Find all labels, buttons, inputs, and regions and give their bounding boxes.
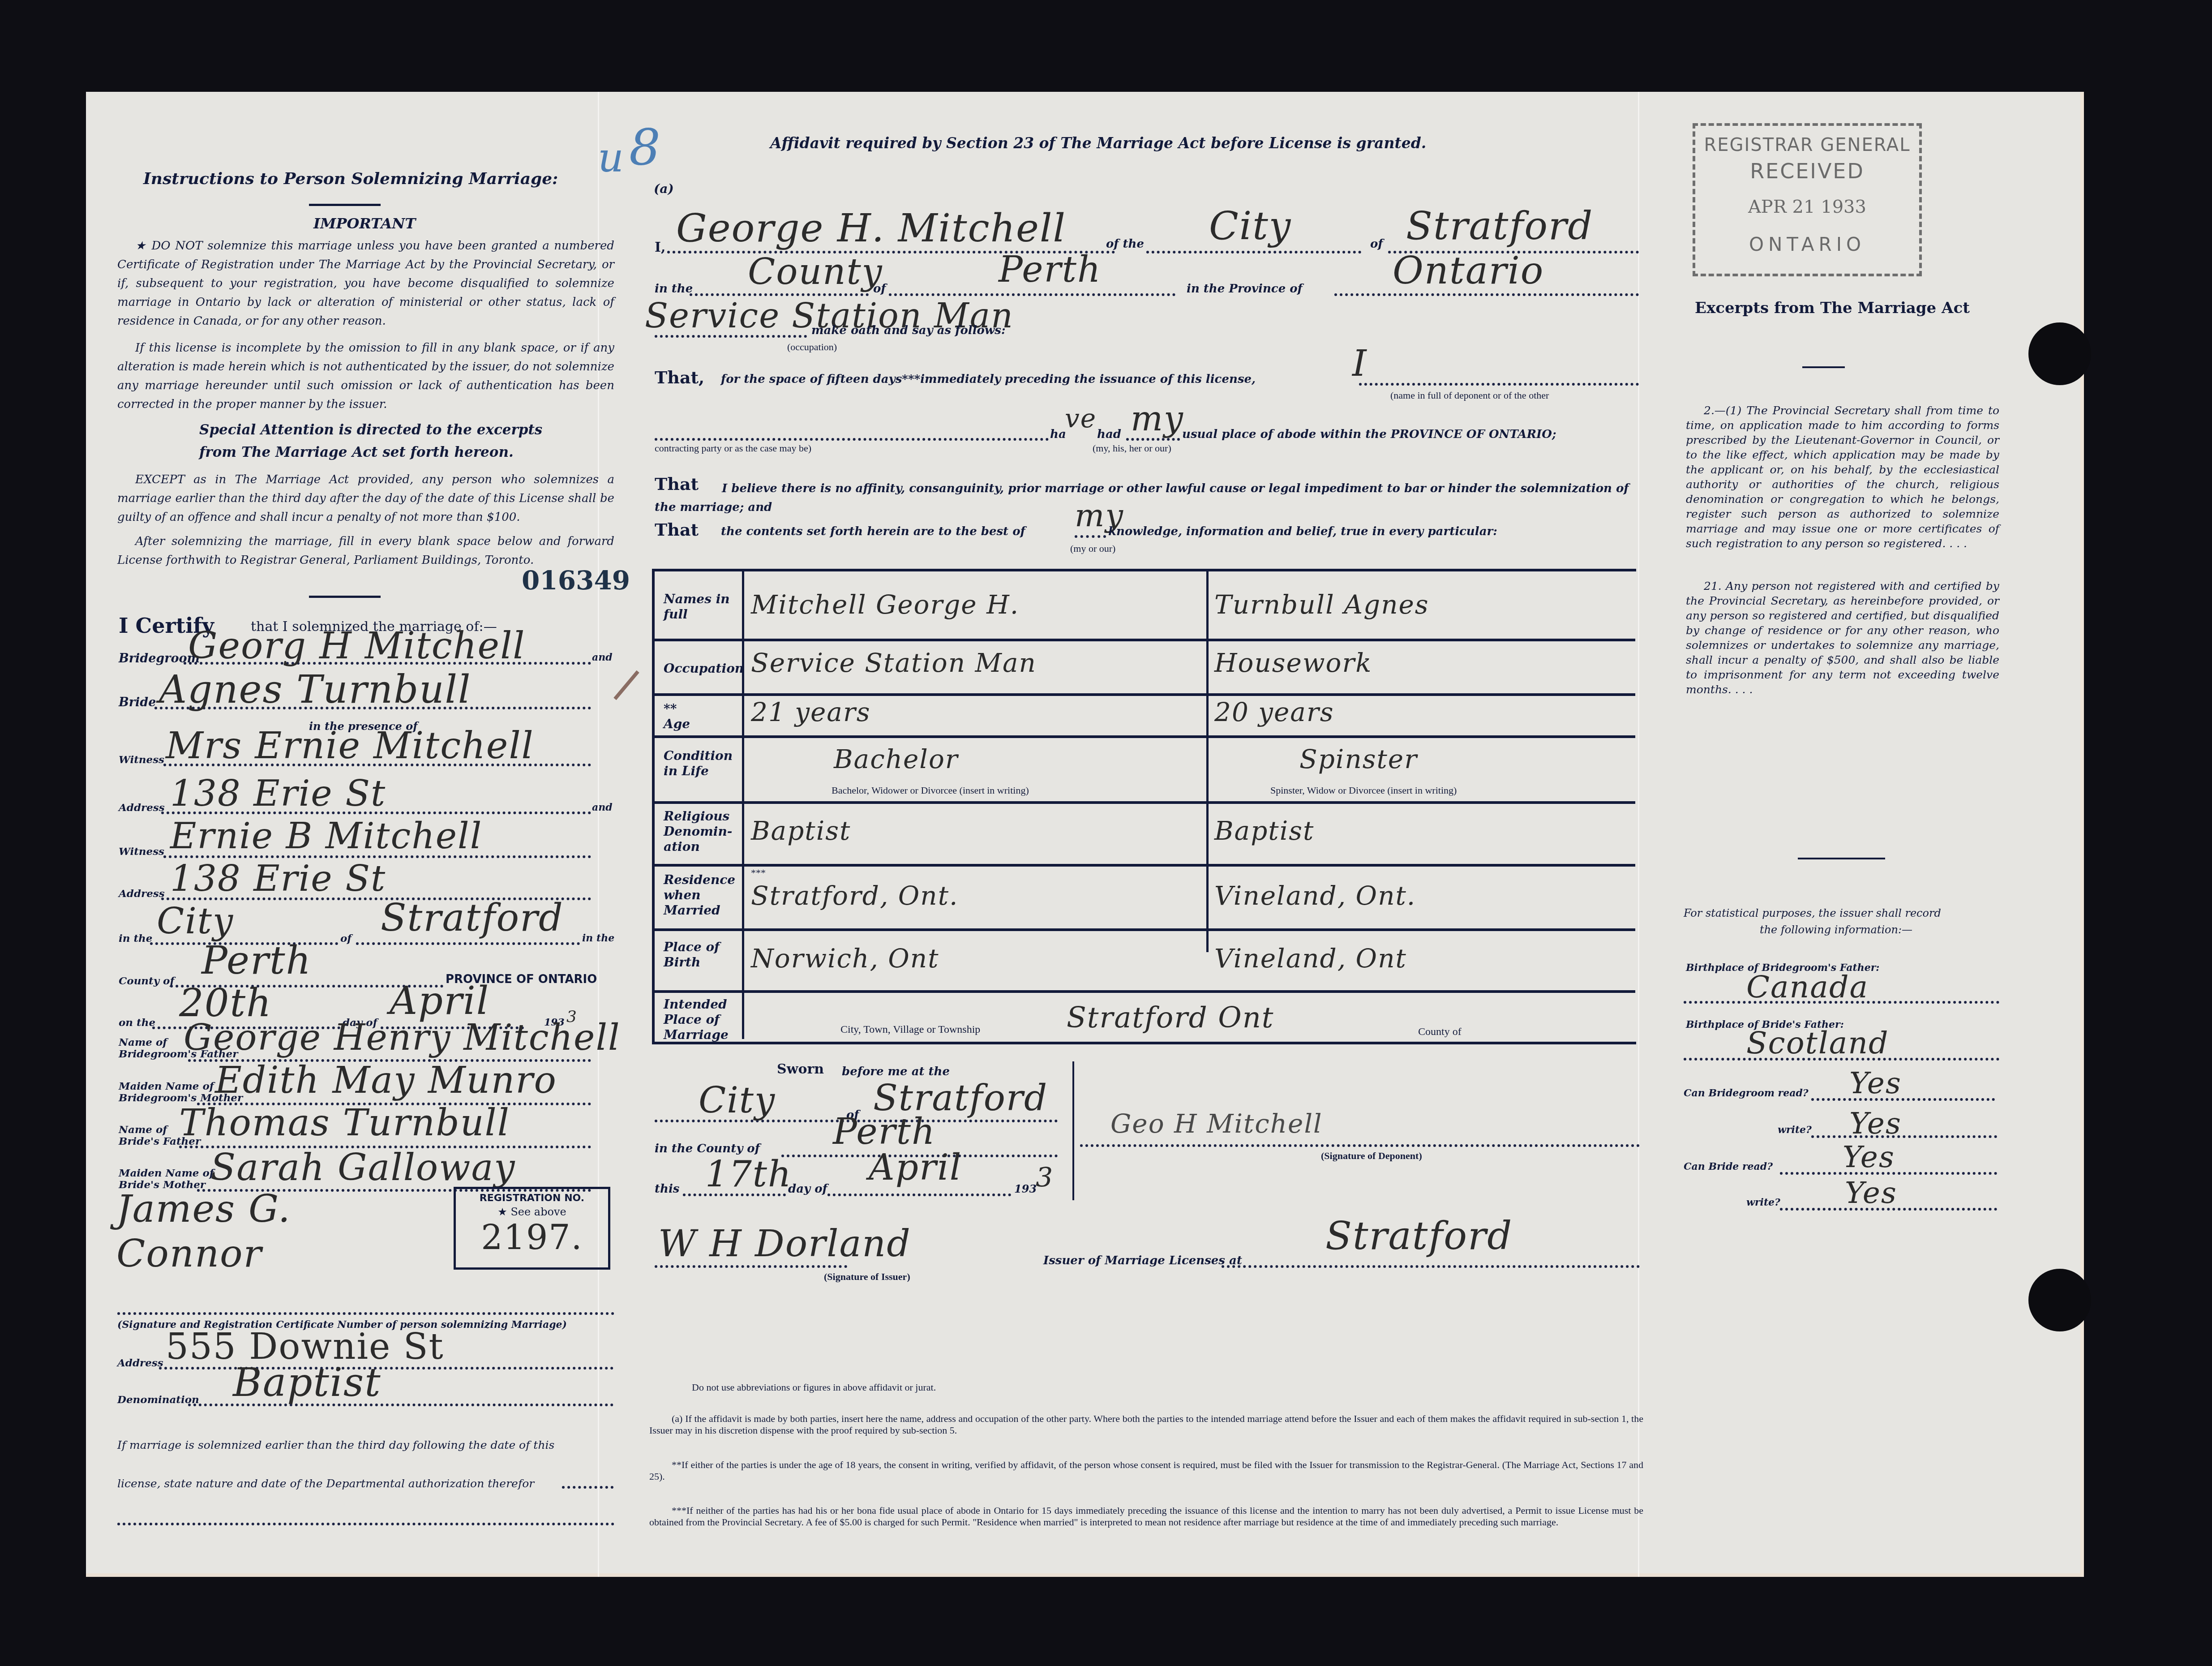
county-of-caption: County of <box>1418 1026 1462 1038</box>
registrar-received-stamp: REGISTRAR GENERAL RECEIVED APR 21 1933 O… <box>1693 123 1922 276</box>
row-separator <box>655 928 1635 931</box>
early-solemnization-note-1: If marriage is solemnized earlier than t… <box>117 1438 614 1451</box>
contents-text-after: knowledge, information and belief, true … <box>1108 525 1497 538</box>
punch-hole-bottom <box>2028 1269 2091 1331</box>
row-separator <box>655 735 1635 738</box>
dotted-line <box>1075 535 1106 538</box>
contents-text-before: the contents set forth herein are to the… <box>721 525 1025 538</box>
affidavit-title: Affidavit required by Section 23 of The … <box>770 134 1426 152</box>
bride-birthplace-cell[interactable]: Vineland, Ont <box>1214 943 1407 974</box>
ha-label: ha <box>1050 428 1066 441</box>
that-word-1: That, <box>655 367 704 387</box>
dotted-line <box>1811 1135 1997 1138</box>
issuer-signature: W H Dorland <box>658 1223 911 1265</box>
impediment-text: I believe there is no affinity, consangu… <box>655 479 1640 517</box>
special-attention-1: Special Attention is directed to the exc… <box>199 422 542 438</box>
sworn-text: before me at the <box>842 1065 950 1078</box>
county-field[interactable]: Perth <box>201 938 312 983</box>
dotted-line <box>117 1312 614 1315</box>
of-label: of <box>873 282 886 296</box>
dotted-line <box>356 942 580 945</box>
bride-religion-cell[interactable]: Baptist <box>1214 816 1314 846</box>
bride-occupation-cell[interactable]: Housework <box>1214 648 1372 678</box>
dotted-line <box>1146 251 1361 253</box>
bride-field[interactable]: Agnes Turnbull <box>159 667 472 712</box>
in-the-label: in the <box>119 932 152 945</box>
a-marker: (a) <box>654 181 674 196</box>
that-word-3: That <box>655 520 699 540</box>
groom-condition-cell[interactable]: Bachelor <box>834 744 959 774</box>
jurat-place-type-field[interactable]: City <box>699 1079 776 1121</box>
witness-2-label: Witness <box>119 846 164 858</box>
and-label-2: and <box>592 802 613 813</box>
stamp-line-1: REGISTRAR GENERAL <box>1695 135 1919 155</box>
registration-number-box: REGISTRATION NO. ★ See above 2197. <box>454 1187 610 1270</box>
name-caption-left: contracting party or as the case may be) <box>655 442 811 454</box>
excerpts-title: Excerpts from The Marriage Act <box>1695 299 1970 317</box>
groom-name-cell[interactable]: Mitchell George H. <box>751 589 1019 620</box>
issuer-signature-caption: (Signature of Issuer) <box>824 1271 910 1283</box>
special-attention-2: from The Marriage Act set forth hereon. <box>199 444 514 460</box>
deponent-name-field[interactable]: George H. Mitchell <box>676 206 1066 251</box>
jurat-this-label: this <box>655 1182 679 1196</box>
bride-write-field[interactable]: Yes <box>1845 1176 1897 1210</box>
registration-number-field[interactable]: 2197. <box>456 1217 608 1257</box>
city-town-caption: City, Town, Village or Township <box>840 1024 980 1035</box>
dotted-line <box>1222 1265 1640 1268</box>
serial-number: 016349 <box>522 565 630 596</box>
blue-pencil-mark-2: 8 <box>629 119 661 176</box>
deponent-signature: Geo H Mitchell <box>1110 1108 1323 1139</box>
denomination-label: Denomination <box>117 1394 199 1406</box>
important-heading: IMPORTANT <box>313 215 416 232</box>
dotted-line <box>562 1486 613 1489</box>
dotted-line <box>827 1194 1011 1196</box>
witness-1-label: Witness <box>119 754 164 766</box>
officiant-signature-line-2: Connor <box>116 1232 262 1275</box>
registration-box-title: REGISTRATION NO. <box>456 1193 608 1204</box>
table-divider <box>1206 571 1209 952</box>
table-label-names: Names in full <box>664 592 735 622</box>
bride-read-label: Can Bride read? <box>1684 1161 1773 1172</box>
groom-mother-field[interactable]: Edith May Munro <box>215 1059 557 1102</box>
intended-place-cell[interactable]: Stratford Ont <box>1067 1001 1274 1035</box>
divider <box>1802 366 1845 368</box>
issuer-text: Issuer of Marriage Licenses at <box>1043 1254 1242 1267</box>
bride-father-field[interactable]: Thomas Turnbull <box>179 1102 510 1144</box>
issuer-place-field[interactable]: Stratford <box>1325 1214 1513 1258</box>
stamp-line-4: ONTARIO <box>1695 233 1919 255</box>
table-label-intended-place: Intended Place of Marriage <box>664 997 731 1043</box>
instructions-para-2: If this license is incomplete by the omi… <box>117 339 614 414</box>
occupation-caption: (occupation) <box>787 341 837 353</box>
table-label-occupation: Occupation <box>664 661 744 676</box>
deponent-signature-caption: (Signature of Deponent) <box>1321 1150 1422 1162</box>
county-type-field[interactable]: County <box>748 251 883 292</box>
officiant-signature-line-1: James G. <box>116 1187 291 1231</box>
deponent-name-2-field[interactable]: I <box>1352 343 1367 384</box>
bride-condition-caption: Spinster, Widow or Divorcee (insert in w… <box>1270 785 1457 796</box>
table-divider <box>742 571 744 1039</box>
in-the-label-2: in the <box>582 932 614 944</box>
dotted-line <box>1359 383 1639 386</box>
fifteen-days-text: for the space of fifteen days***immediat… <box>721 373 1256 386</box>
my-our-caption: (my or our) <box>1070 543 1115 554</box>
county-label: County of <box>119 975 174 987</box>
footnote-triple-star: ***If neither of the parties has had his… <box>649 1505 1643 1528</box>
bride-name-cell[interactable]: Turnbull Agnes <box>1214 589 1429 620</box>
footnote-a: (a) If the affidavit is made by both par… <box>649 1413 1643 1436</box>
pronoun-field[interactable]: my <box>1131 399 1184 438</box>
province-field[interactable]: Ontario <box>1393 249 1544 292</box>
statistics-intro-1: For statistical purposes, the issuer sha… <box>1684 907 1999 919</box>
officiant-address-label: Address <box>117 1357 163 1369</box>
i-label: I, <box>655 240 665 255</box>
of-label: of <box>340 932 352 945</box>
excerpt-section-21: 21. Any person not registered with and c… <box>1686 579 1999 697</box>
jurat-year-field[interactable]: 3 <box>1036 1162 1054 1194</box>
witness-1-field[interactable]: Mrs Ernie Mitchell <box>166 725 534 767</box>
statistics-intro-2: the following information:— <box>1760 923 1912 936</box>
stamp-line-2: RECEIVED <box>1695 159 1919 183</box>
bridegroom-field[interactable]: Georg H Mitchell <box>188 625 526 667</box>
footnote-double-star: **If either of the parties is under the … <box>649 1459 1643 1482</box>
groom-condition-caption: Bachelor, Widower or Divorcee (insert in… <box>832 785 1029 796</box>
no-abbreviations-note: Do not use abbreviations or figures in a… <box>692 1382 936 1393</box>
instructions-title: Instructions to Person Solemnizing Marri… <box>143 169 558 188</box>
sworn-word: Sworn <box>777 1061 824 1077</box>
row-separator <box>655 639 1635 641</box>
table-label-age: ** Age <box>664 701 699 732</box>
instructions-para-4: After solemnizing the marriage, fill in … <box>117 532 614 570</box>
dotted-line <box>1334 293 1639 296</box>
table-label-residence: Residence when Married <box>664 872 735 918</box>
instructions-para-1: ★ DO NOT solemnize this marriage unless … <box>117 236 614 331</box>
and-label: and <box>592 652 613 663</box>
groom-birthplace-cell[interactable]: Norwich, Ont <box>751 943 939 974</box>
groom-read-field[interactable]: Yes <box>1849 1066 1902 1100</box>
groom-religion-cell[interactable]: Baptist <box>751 816 851 846</box>
punch-hole-top <box>2028 322 2091 385</box>
municipality-field[interactable]: Stratford <box>381 896 564 940</box>
denomination-field[interactable]: Baptist <box>233 1359 382 1405</box>
bride-read-field[interactable]: Yes <box>1843 1140 1895 1174</box>
bride-age-cell[interactable]: 20 years <box>1214 697 1334 727</box>
address-2-label: Address <box>119 888 165 900</box>
municipality-type-field[interactable]: City <box>1209 204 1291 249</box>
bride-write-label: write? <box>1746 1197 1780 1208</box>
jurat-day-of-label: day of <box>788 1182 827 1196</box>
ha-suffix-field[interactable]: ve <box>1065 403 1097 434</box>
residence-marker: *** <box>751 867 766 879</box>
municipality-field[interactable]: Stratford <box>1406 204 1593 249</box>
address-1-field[interactable]: 138 Erie St <box>170 773 386 814</box>
of-the-label: of the <box>1106 237 1144 251</box>
dotted-line <box>1811 1098 1995 1101</box>
groom-father-field[interactable]: George Henry Mitchell <box>184 1017 621 1058</box>
abode-text: usual place of abode within the PROVINCE… <box>1182 428 1556 441</box>
fold-line-right <box>1638 92 1639 1577</box>
in-the-label: in the <box>655 282 693 296</box>
divider <box>309 596 381 598</box>
stamp-date: APR 21 1933 <box>1695 197 1919 217</box>
jurat-brace <box>1072 1061 1074 1200</box>
divider <box>309 204 381 206</box>
registration-box-subtitle: ★ See above <box>456 1206 608 1218</box>
instructions-para-3: EXCEPT as in The Marriage Act provided, … <box>117 470 614 527</box>
groom-write-label: write? <box>1778 1124 1812 1136</box>
early-solemnization-note-2: license, state nature and date of the De… <box>117 1477 534 1490</box>
county-field[interactable]: Perth <box>999 249 1102 290</box>
of-label: of <box>1370 237 1383 251</box>
province-label: in the Province of <box>1187 282 1303 296</box>
jurat-day-field[interactable]: 17th <box>705 1153 792 1195</box>
bride-father-birthplace-field[interactable]: Scotland <box>1746 1026 1889 1061</box>
row-separator <box>655 864 1635 867</box>
excerpt-section-2: 2.—(1) The Provincial Secretary shall fr… <box>1686 403 1999 551</box>
bride-residence-cell[interactable]: Vineland, Ont. <box>1214 880 1416 911</box>
address-1-label: Address <box>119 802 165 814</box>
row-separator <box>655 693 1635 696</box>
bride-mother-field[interactable]: Sarah Galloway <box>210 1146 516 1189</box>
bride-condition-cell[interactable]: Spinster <box>1299 744 1418 774</box>
groom-read-label: Can Bridegroom read? <box>1684 1087 1809 1099</box>
address-2-field[interactable]: 138 Erie St <box>170 858 386 899</box>
groom-father-birthplace-field[interactable]: Canada <box>1746 970 1869 1005</box>
dotted-line <box>655 1265 847 1268</box>
table-label-religion: Religious Denomin-ation <box>664 809 731 854</box>
jurat-year-prefix: 193 <box>1014 1182 1037 1195</box>
name-caption-right: (name in full of deponent or of the othe… <box>1390 390 1549 401</box>
authorization-dotted-line <box>117 1523 614 1525</box>
groom-occupation-cell[interactable]: Service Station Man <box>751 648 1037 678</box>
jurat-month-field[interactable]: April <box>869 1146 962 1188</box>
blue-pencil-mark-1: u <box>598 134 625 181</box>
dotted-line <box>1080 1144 1640 1147</box>
oath-text: make oath and say as follows: <box>811 324 1006 337</box>
bride-label: Bride <box>119 696 156 709</box>
groom-age-cell[interactable]: 21 years <box>751 697 870 727</box>
municipality-type-field[interactable]: City <box>157 900 234 942</box>
groom-write-field[interactable]: Yes <box>1849 1106 1902 1141</box>
divider <box>1798 858 1885 859</box>
row-separator <box>655 990 1635 993</box>
dotted-line <box>655 438 1049 441</box>
groom-residence-cell[interactable]: Stratford, Ont. <box>751 880 958 911</box>
on-the-label: on the <box>119 1017 155 1029</box>
table-label-birthplace: Place of Birth <box>664 940 722 970</box>
witness-2-field[interactable]: Ernie B Mitchell <box>170 815 482 857</box>
particulars-table: Names in full Mitchell George H. Turnbul… <box>652 569 1636 1044</box>
table-label-condition: Condition in Life <box>664 748 731 779</box>
pronoun-caption: (my, his, her or our) <box>1093 442 1171 454</box>
row-separator <box>655 801 1635 804</box>
had-label: had <box>1097 428 1121 441</box>
